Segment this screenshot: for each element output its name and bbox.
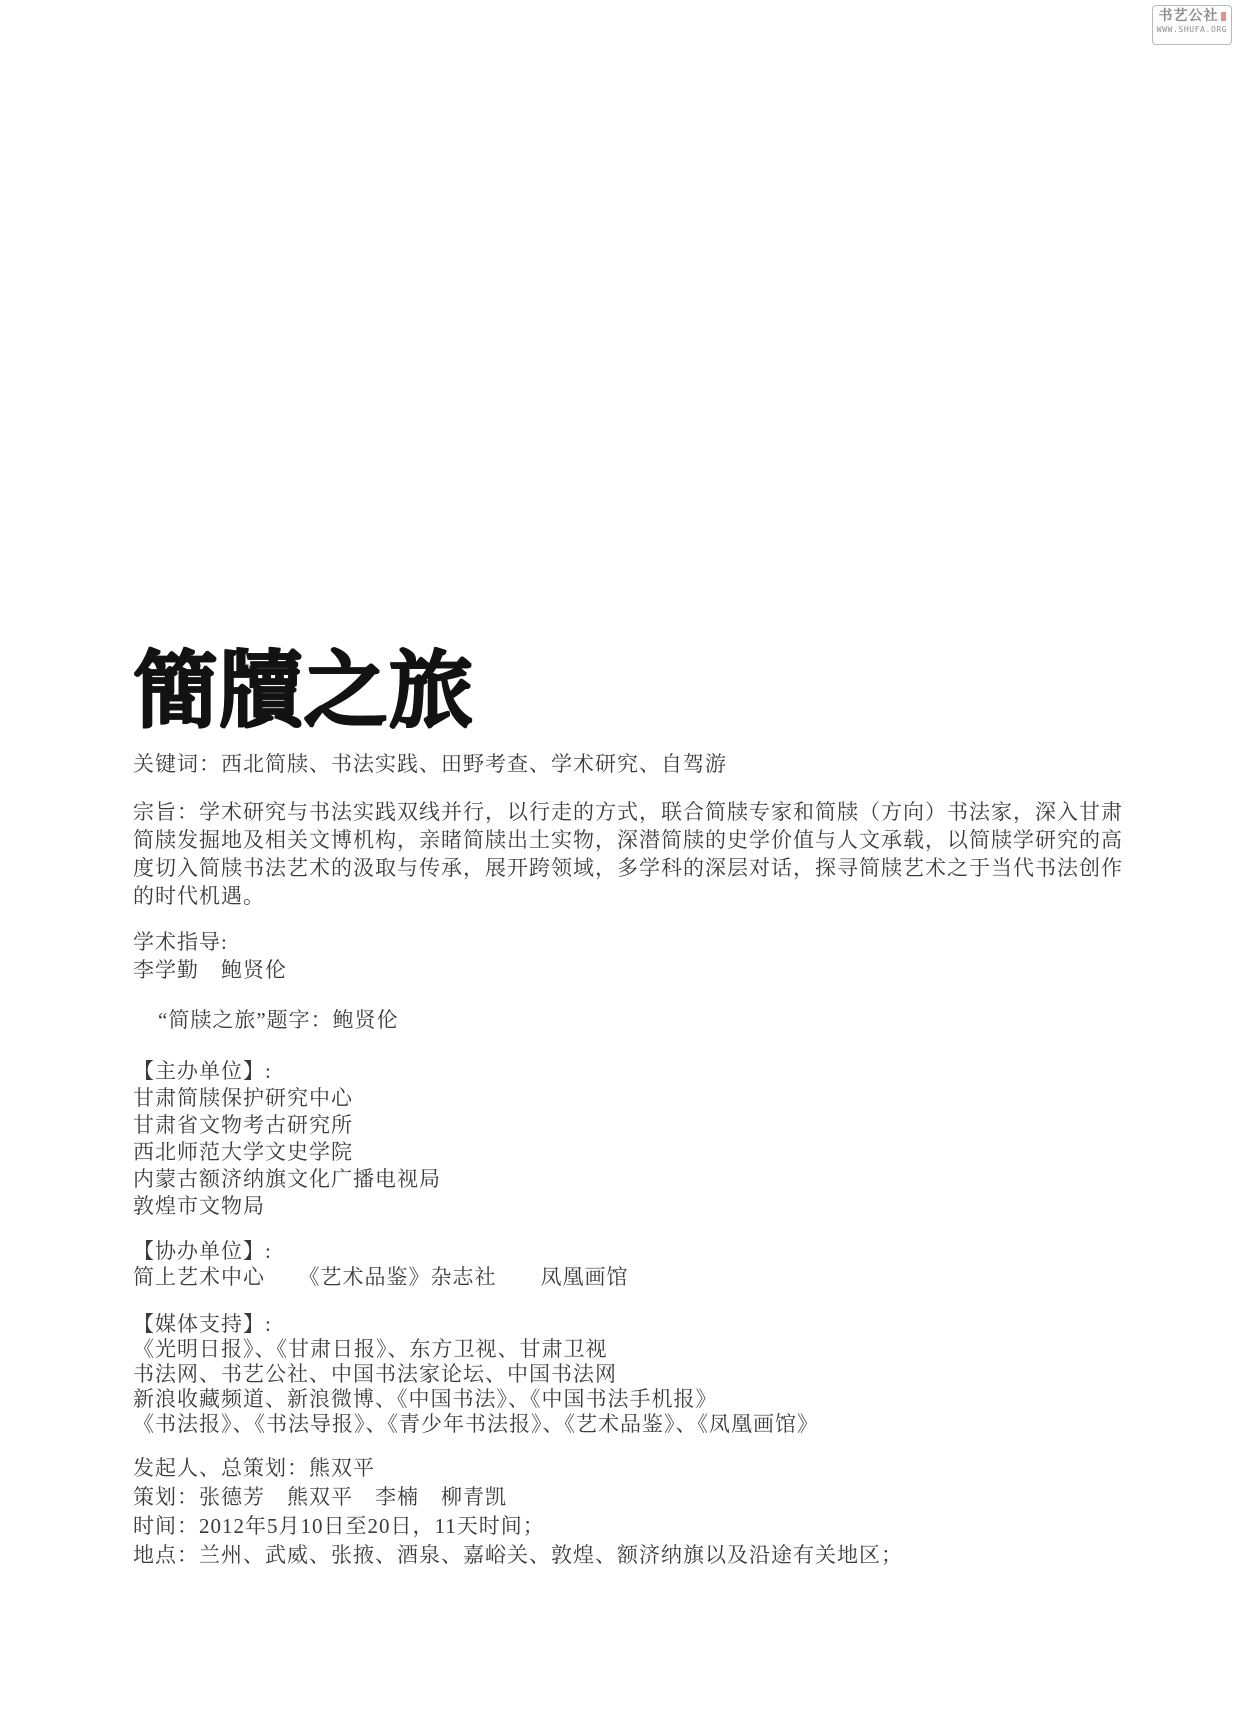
media-support-line: 《光明日报》、《甘肃日报》、东方卫视、甘肃卫视 [133, 1337, 819, 1362]
media-support-line: 新浪收藏频道、新浪微博、《中国书法》、《中国书法手机报》 [133, 1387, 819, 1412]
logo-brand-text: 书艺公社 [1159, 9, 1219, 24]
media-support-line: 书法网、书艺公社、中国书法家论坛、中国书法网 [133, 1362, 819, 1387]
host-units-header: 【主办单位】: [133, 1057, 272, 1085]
media-support-header: 【媒体支持】: [133, 1310, 272, 1338]
host-unit-item: 敦煌市文物局 [133, 1193, 441, 1220]
purpose-line: 宗旨：学术研究与书法实践双线并行，以行走的方式，联合简牍专家和简牍（方向）书法家… [133, 798, 1118, 826]
academic-guidance-header: 学术指导: [133, 928, 228, 956]
co-organizers-header: 【协办单位】: [133, 1237, 272, 1265]
footer-info-line: 策划：张德芳 熊双平 李楠 柳青凯 [133, 1483, 903, 1512]
title-calligraphy: 簡牘之旅 [133, 640, 473, 740]
keywords-line: 关键词：西北简牍、书法实践、田野考查、学术研究、自驾游 [133, 750, 727, 778]
purpose-line: 的时代机遇。 [133, 882, 1118, 910]
host-unit-item: 内蒙古额济纳旗文化广播电视局 [133, 1166, 441, 1193]
host-units-list: 甘肃简牍保护研究中心 甘肃省文物考古研究所 西北师范大学文史学院 内蒙古额济纳旗… [133, 1085, 441, 1220]
media-support-list: 《光明日报》、《甘肃日报》、东方卫视、甘肃卫视 书法网、书艺公社、中国书法家论坛… [133, 1337, 819, 1437]
footer-info-line: 地点：兰州、武威、张掖、酒泉、嘉峪关、敦煌、额济纳旗以及沿途有关地区； [133, 1541, 903, 1570]
document-page: 书艺公社 WWW.SHUFA.ORG 簡牘之旅 关键词：西北简牍、书法实践、田野… [0, 0, 1240, 1713]
co-organizers-line: 简上艺术中心 《艺术品鉴》杂志社 凤凰画馆 [133, 1263, 629, 1291]
purpose-paragraph: 宗旨：学术研究与书法实践双线并行，以行走的方式，联合简牍专家和简牍（方向）书法家… [133, 798, 1118, 910]
host-unit-item: 西北师范大学文史学院 [133, 1139, 441, 1166]
academic-guidance-names: 李学勤 鲍贤伦 [133, 956, 287, 984]
logo-site-url: WWW.SHUFA.ORG [1153, 25, 1231, 35]
shufa-watermark-logo: 书艺公社 WWW.SHUFA.ORG [1152, 5, 1232, 45]
footer-info-line: 时间：2012年5月10日至20日，11天时间； [133, 1512, 903, 1541]
media-support-line: 《书法报》、《书法导报》、《青少年书法报》、《艺术品鉴》、《凤凰画馆》 [133, 1412, 819, 1437]
purpose-line: 度切入简牍书法艺术的汲取与传承，展开跨领域，多学科的深层对话，探寻简牍艺术之于当… [133, 854, 1118, 882]
host-unit-item: 甘肃省文物考古研究所 [133, 1112, 441, 1139]
footer-info-line: 发起人、总策划：熊双平 [133, 1454, 903, 1483]
inscription-line: “简牍之旅”题字：鲍贤伦 [158, 1006, 399, 1034]
footer-info: 发起人、总策划：熊双平 策划：张德芳 熊双平 李楠 柳青凯 时间：2012年5月… [133, 1454, 903, 1570]
red-seal-icon [1221, 12, 1226, 21]
purpose-line: 简牍发掘地及相关文博机构，亲睹简牍出土实物，深潜简牍的史学价值与人文承载，以简牍… [133, 826, 1118, 854]
host-unit-item: 甘肃简牍保护研究中心 [133, 1085, 441, 1112]
logo-brand-calligraphy: 书艺公社 [1153, 9, 1231, 25]
